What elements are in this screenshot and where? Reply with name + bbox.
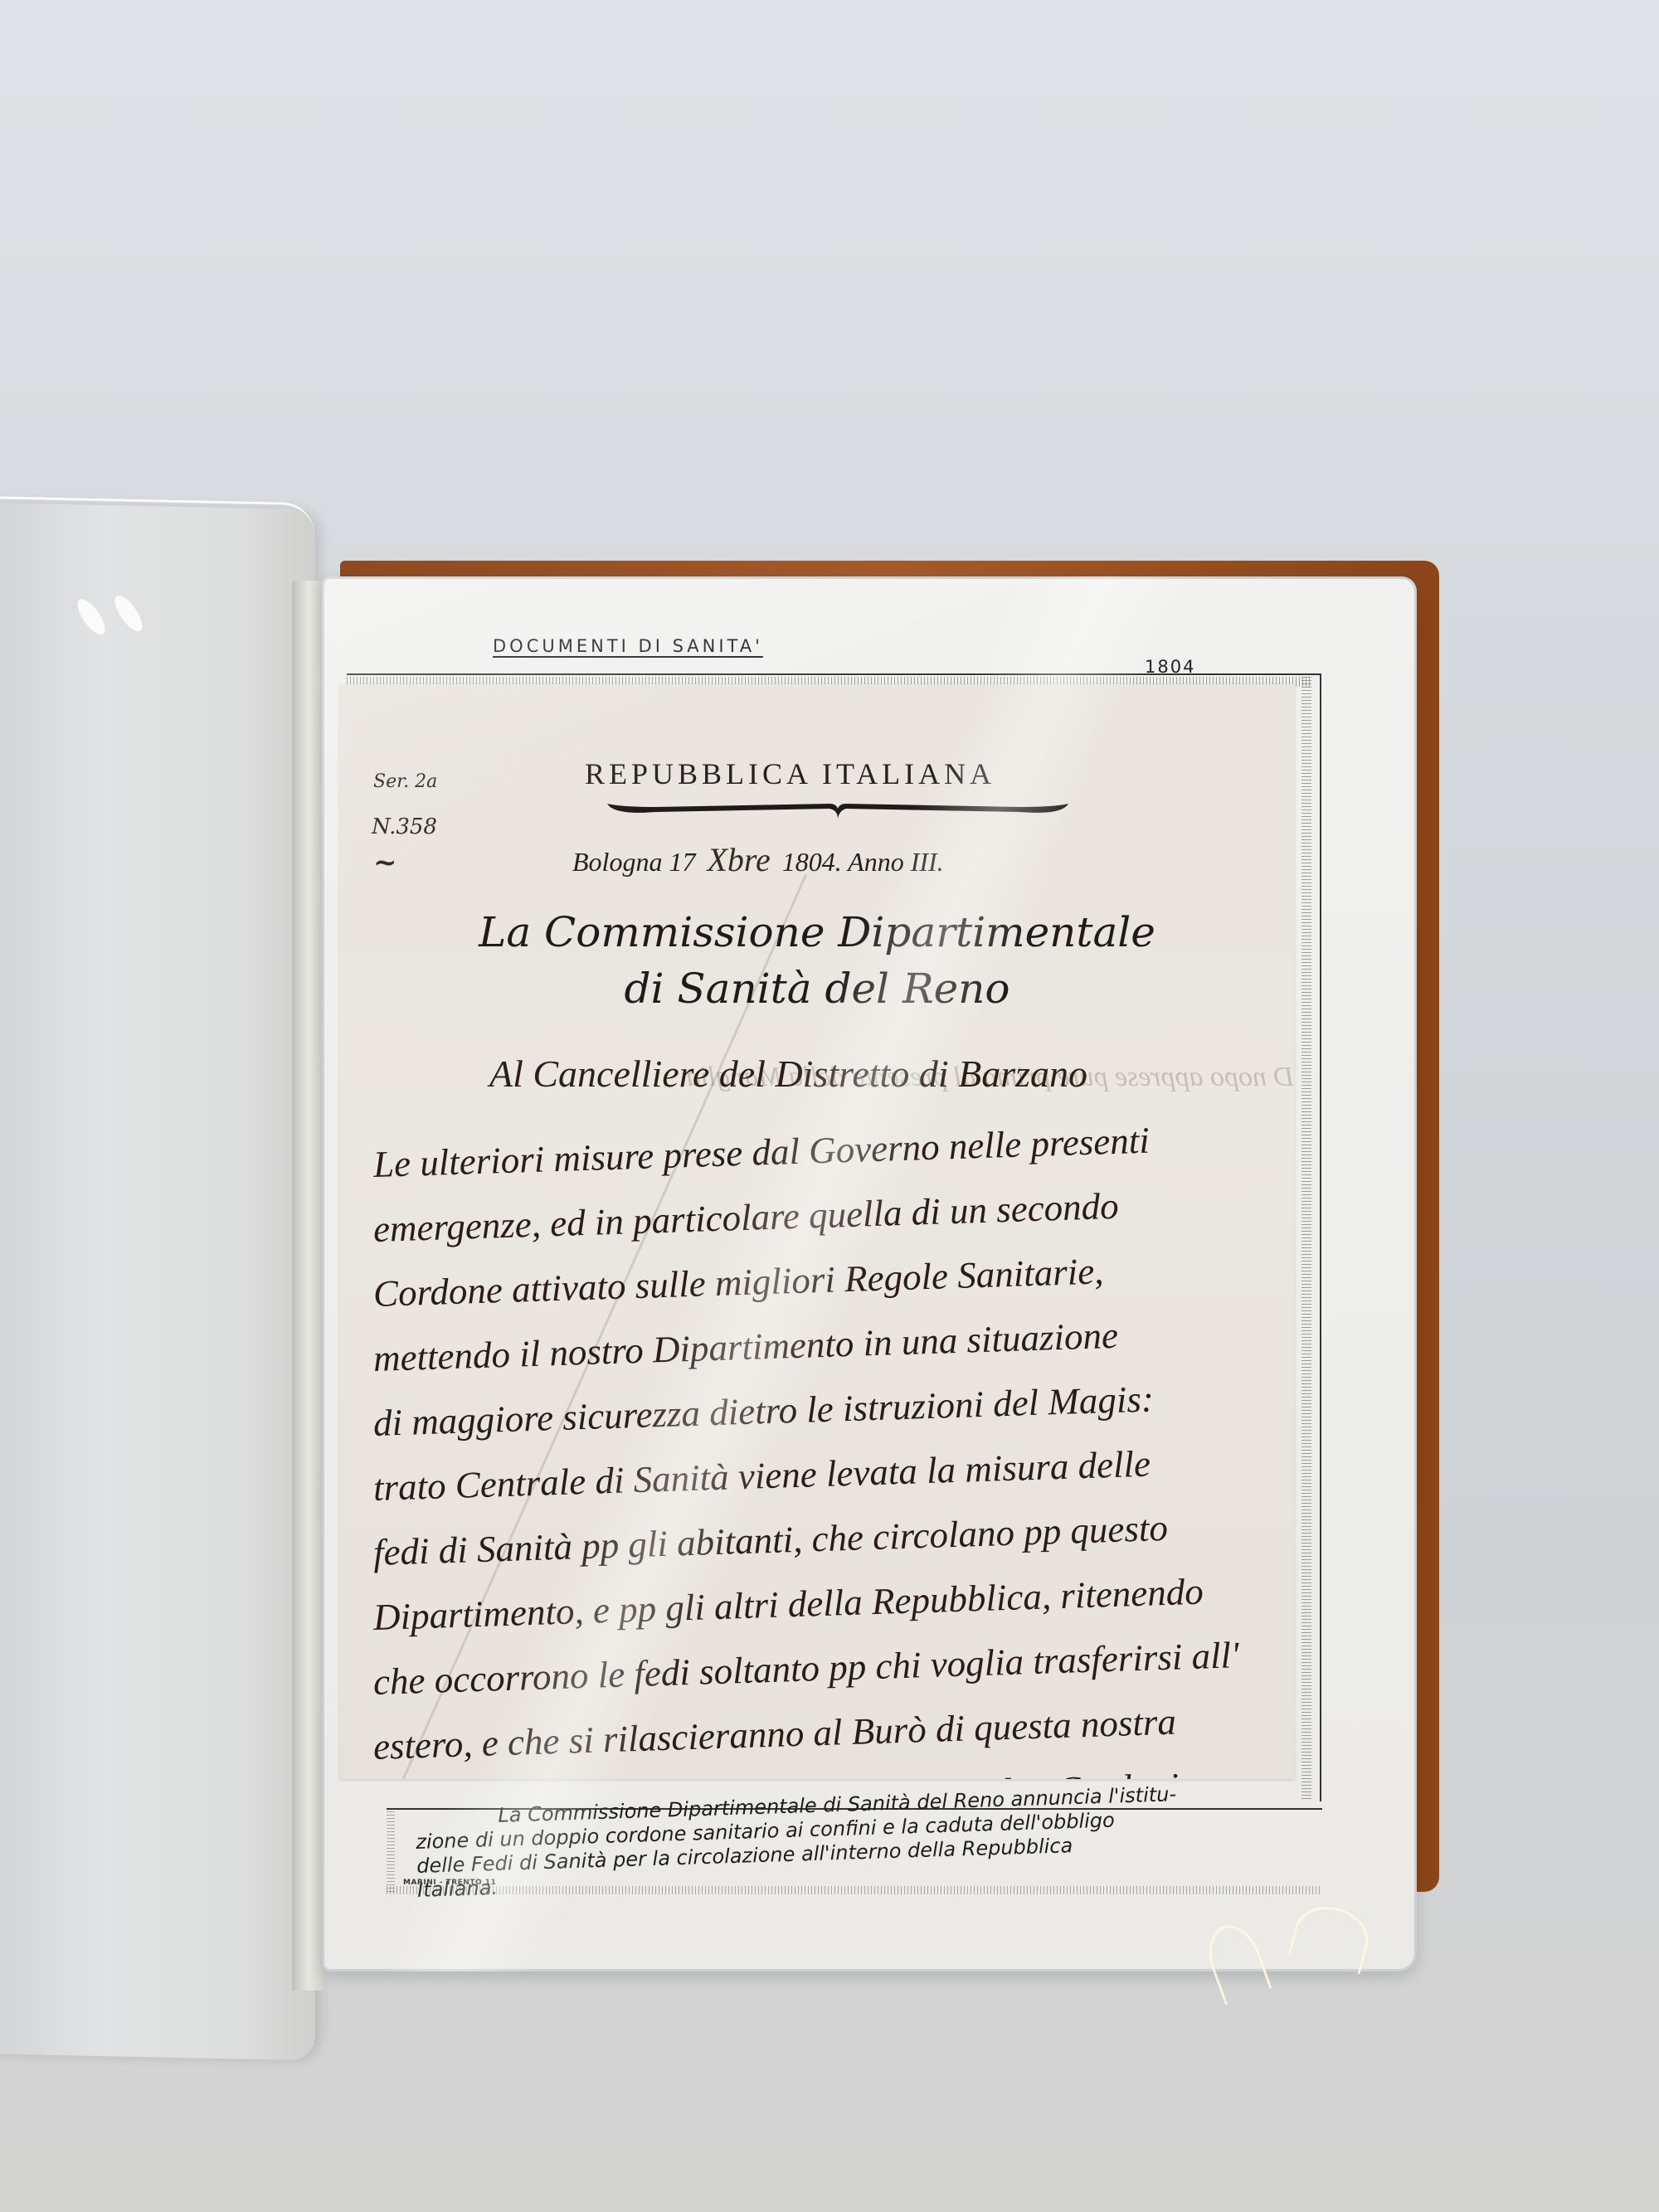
letter-body: Le ulteriori misure prese dal Governo ne… bbox=[373, 1132, 1286, 1779]
protocol-number: N.358 bbox=[372, 814, 437, 839]
heading-flourish-icon bbox=[606, 800, 1070, 820]
handwritten-month: Xbre bbox=[707, 841, 770, 878]
publisher-imprint: MARINI - TRENTO 11 bbox=[403, 1879, 496, 1887]
page-header-title: DOCUMENTI DI SANITA' bbox=[493, 636, 763, 656]
commission-title-line-2: di Sanità del Reno bbox=[340, 965, 1294, 1013]
flourish-mark: ~ bbox=[373, 846, 397, 879]
historical-letter: Ser. 2a N.358 ~ REPUBBLICA ITALIANA Bolo… bbox=[340, 684, 1294, 1779]
place-and-date: Bologna 17Xbre1804. Anno III. bbox=[572, 840, 944, 879]
year: 1804. Anno III. bbox=[782, 847, 944, 877]
album-spine bbox=[292, 581, 325, 1991]
printed-heading: REPUBBLICA ITALIANA bbox=[585, 756, 995, 791]
addressee: Al Cancelliere del Distretto di Barzano bbox=[489, 1052, 1087, 1096]
commission-title-line-1: La Commissione Dipartimentale bbox=[340, 908, 1294, 956]
sleeve-reflection bbox=[72, 595, 109, 639]
sleeve-reflection bbox=[109, 591, 147, 635]
series-note: Ser. 2a bbox=[373, 771, 437, 792]
place: Bologna 17 bbox=[572, 847, 695, 877]
previous-album-leaf[interactable] bbox=[0, 503, 315, 2061]
